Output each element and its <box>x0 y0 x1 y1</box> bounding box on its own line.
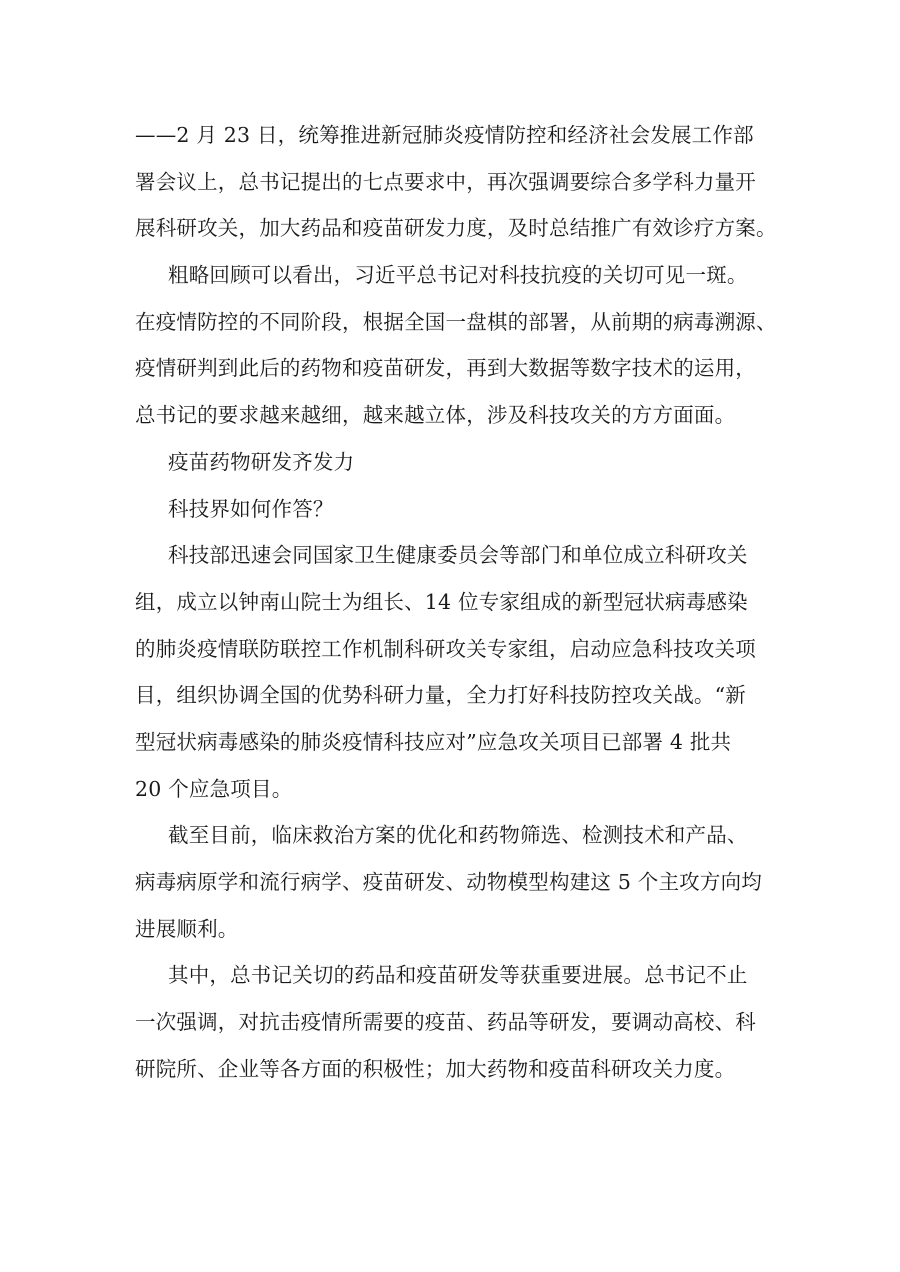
text-line: 型冠状病毒感染的肺炎疫情科技应对”应急攻关项目已部署 4 批共 <box>135 727 775 774</box>
text-line: 组，成立以钟南山院士为组长、14 位专家组成的新型冠状病毒感染 <box>135 587 775 634</box>
text-line: 一次强调，对抗击疫情所需要的疫苗、药品等研发，要调动高校、科 <box>135 1007 775 1054</box>
text-line: 研院所、企业等各方面的积极性；加大药物和疫苗科研攻关力度。 <box>135 1054 775 1101</box>
text-line: 进展顺利。 <box>135 914 775 961</box>
paragraph-progress: 截至目前，临床救治方案的优化和药物筛选、检测技术和产品、 病毒病原学和流行病学、… <box>135 820 775 960</box>
text-line: 科技部迅速会同国家卫生健康委员会等部门和单位成立科研攻关 <box>135 540 775 587</box>
text-line: 的肺炎疫情联防联控工作机制科研攻关专家组，启动应急科技攻关项 <box>135 634 775 681</box>
heading-line: 科技界如何作答？ <box>135 494 775 541</box>
text-line: 粗略回顾可以看出，习近平总书记对科技抗疫的关切可见一斑。 <box>135 260 775 307</box>
text-line: 目，组织协调全国的优势科研力量，全力打好科技防控攻关战。“新 <box>135 680 775 727</box>
text-line: 其中，总书记关切的药品和疫苗研发等获重要进展。总书记不止 <box>135 960 775 1007</box>
text-line: 疫情研判到此后的药物和疫苗研发，再到大数据等数字技术的运用， <box>135 353 775 400</box>
text-line: ——2 月 23 日，统筹推进新冠肺炎疫情防控和经济社会发展工作部 <box>135 120 775 167</box>
text-line: 在疫情防控的不同阶段，根据全国一盘棋的部署，从前期的病毒溯源、 <box>135 307 775 354</box>
section-heading: 疫苗药物研发齐发力 <box>135 447 775 494</box>
document-body: ——2 月 23 日，统筹推进新冠肺炎疫情防控和经济社会发展工作部 署会议上，总… <box>135 120 775 1100</box>
text-line: 展科研攻关，加大药品和疫苗研发力度，及时总结推广有效诊疗方案。 <box>135 213 775 260</box>
text-line: 病毒病原学和流行病学、疫苗研发、动物模型构建这 5 个主攻方向均 <box>135 867 775 914</box>
text-line: 总书记的要求越来越细，越来越立体，涉及科技攻关的方方面面。 <box>135 400 775 447</box>
paragraph-vaccine-progress: 其中，总书记关切的药品和疫苗研发等获重要进展。总书记不止 一次强调，对抗击疫情所… <box>135 960 775 1100</box>
document-page: ——2 月 23 日，统筹推进新冠肺炎疫情防控和经济社会发展工作部 署会议上，总… <box>0 0 900 1272</box>
heading-line: 疫苗药物研发齐发力 <box>135 447 775 494</box>
text-line: 20 个应急项目。 <box>135 774 775 821</box>
paragraph-review: 粗略回顾可以看出，习近平总书记对科技抗疫的关切可见一斑。 在疫情防控的不同阶段，… <box>135 260 775 447</box>
text-line: 截至目前，临床救治方案的优化和药物筛选、检测技术和产品、 <box>135 820 775 867</box>
text-line: 署会议上，总书记提出的七点要求中，再次强调要综合多学科力量开 <box>135 167 775 214</box>
paragraph-research-group: 科技部迅速会同国家卫生健康委员会等部门和单位成立科研攻关 组，成立以钟南山院士为… <box>135 540 775 820</box>
section-subheading: 科技界如何作答？ <box>135 494 775 541</box>
paragraph-meeting-requirements: ——2 月 23 日，统筹推进新冠肺炎疫情防控和经济社会发展工作部 署会议上，总… <box>135 120 775 260</box>
